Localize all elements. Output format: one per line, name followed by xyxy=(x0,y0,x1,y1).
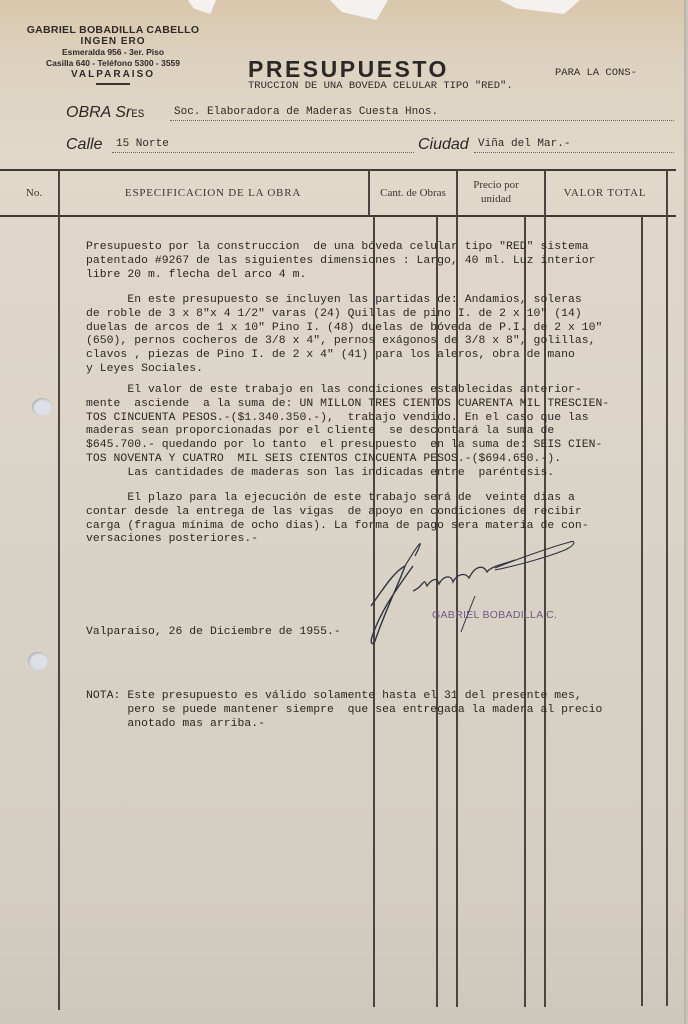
letterhead: GABRIEL BOBADILLA CABELLO INGEN ERO Esme… xyxy=(18,24,208,85)
paragraph-description: Presupuesto por la construccion de una b… xyxy=(86,241,686,282)
table-header-rule xyxy=(0,215,676,217)
note: NOTA: Este presupuesto es válido solamen… xyxy=(86,690,686,731)
title-suffix: PARA LA CONS- xyxy=(555,67,637,79)
calle-label: Calle xyxy=(66,136,102,154)
letterhead-name: GABRIEL BOBADILLA CABELLO xyxy=(18,24,208,36)
column-header-unit-price: Precio por unidad xyxy=(462,178,530,206)
punch-hole xyxy=(28,652,48,670)
table-top-rule xyxy=(0,169,676,171)
ciudad-field: Viña del Mar.- xyxy=(474,138,674,153)
column-divider xyxy=(58,170,60,1010)
punch-hole xyxy=(32,398,52,416)
obra-field: Soc. Elaboradora de Maderas Cuesta Hnos. xyxy=(170,106,674,121)
paragraph-value: El valor de este trabajo en las condicio… xyxy=(86,384,686,481)
column-header-quantity: Cant. de Obras xyxy=(370,186,456,200)
ciudad-label: Ciudad xyxy=(418,136,469,154)
document-subtitle: TRUCCION DE UNA BOVEDA CELULAR TIPO "RED… xyxy=(248,80,513,92)
obra-label-text: OBRA Sr xyxy=(66,104,131,121)
obra-label: OBRA SrES xyxy=(66,104,144,122)
paper-tear xyxy=(500,0,580,14)
column-header-total: VALOR TOTAL xyxy=(546,186,664,200)
letterhead-profession: INGEN ERO xyxy=(18,36,208,47)
letterhead-address: Esmeralda 956 - 3er. Piso xyxy=(18,47,208,58)
paragraph-items: En este presupuesto se incluyen las part… xyxy=(86,294,686,377)
document-title: PRESUPUESTO xyxy=(248,56,449,83)
signature-stamp: GABRIEL BOBADILLA C. xyxy=(432,609,557,621)
column-header-specification: ESPECIFICACION DE LA OBRA xyxy=(60,186,366,200)
paper-tear xyxy=(188,0,216,14)
paper-tear xyxy=(330,0,388,20)
letterhead-rule xyxy=(96,83,130,85)
document-page: GABRIEL BOBADILLA CABELLO INGEN ERO Esme… xyxy=(0,0,686,1024)
obra-label-suffix: ES xyxy=(131,109,144,121)
letterhead-contact: Casilla 640 - Teléfono 5300 - 3559 xyxy=(18,58,208,69)
calle-field: 15 Norte xyxy=(112,138,414,153)
column-header-no: No. xyxy=(14,186,54,200)
signature-icon xyxy=(365,536,585,646)
letterhead-city: VALPARAISO xyxy=(18,69,208,80)
